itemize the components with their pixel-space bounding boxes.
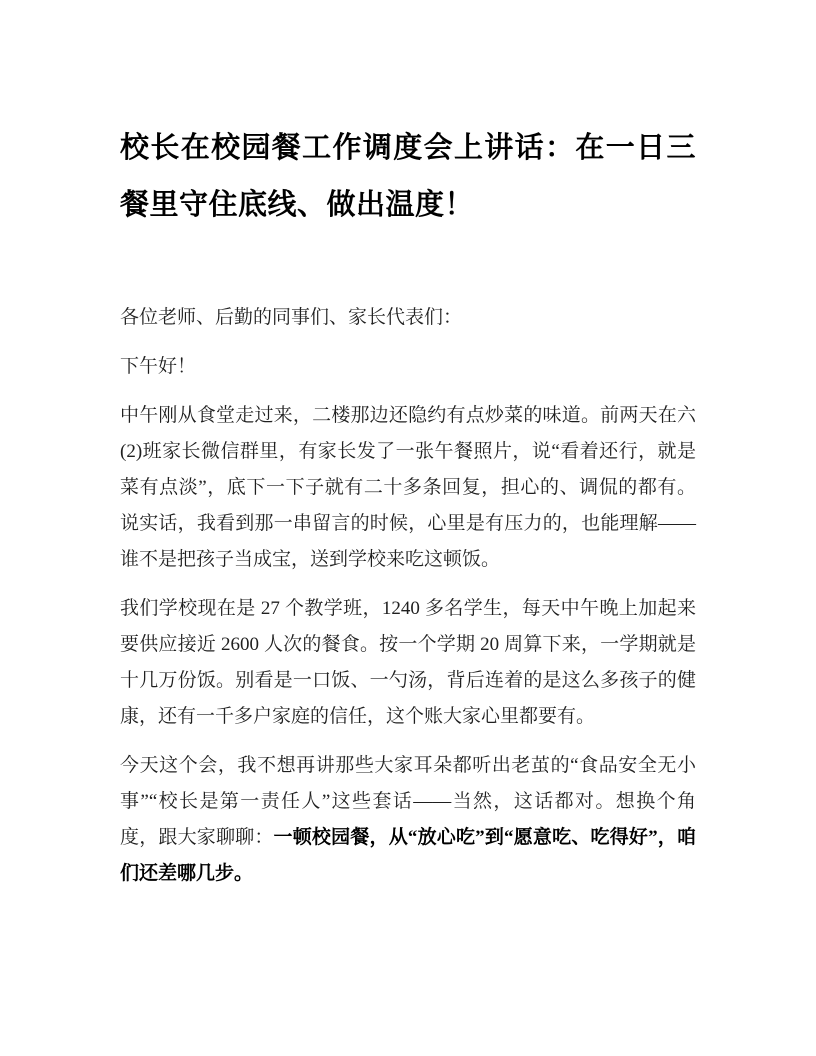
paragraph: 我们学校现在是 27 个教学班，1240 多名学生，每天中午晚上加起来要供应接近… xyxy=(120,591,696,735)
paragraph-text: 下午好！ xyxy=(120,356,196,377)
paragraph-text: 中午刚从食堂走过来，二楼那边还隐约有点炒菜的味道。前两天在六(2)班家长微信群里… xyxy=(120,405,696,570)
paragraph-text: 我们学校现在是 27 个教学班，1240 多名学生，每天中午晚上加起来要供应接近… xyxy=(120,598,696,727)
paragraph: 中午刚从食堂走过来，二楼那边还隐约有点炒菜的味道。前两天在六(2)班家长微信群里… xyxy=(120,398,696,578)
paragraph: 各位老师、后勤的同事们、家长代表们： xyxy=(120,300,696,336)
paragraph-text: 各位老师、后勤的同事们、家长代表们： xyxy=(120,307,462,328)
document-page: 校长在校园餐工作调度会上讲话：在一日三餐里守住底线、做出温度！ 各位老师、后勤的… xyxy=(0,0,816,1056)
document-title: 校长在校园餐工作调度会上讲话：在一日三餐里守住底线、做出温度！ xyxy=(120,120,696,234)
paragraph: 下午好！ xyxy=(120,349,696,385)
paragraph: 今天这个会，我不想再讲那些大家耳朵都听出老茧的“食品安全无小事”“校长是第一责任… xyxy=(120,748,696,892)
document-body: 各位老师、后勤的同事们、家长代表们：下午好！中午刚从食堂走过来，二楼那边还隐约有… xyxy=(120,300,696,892)
